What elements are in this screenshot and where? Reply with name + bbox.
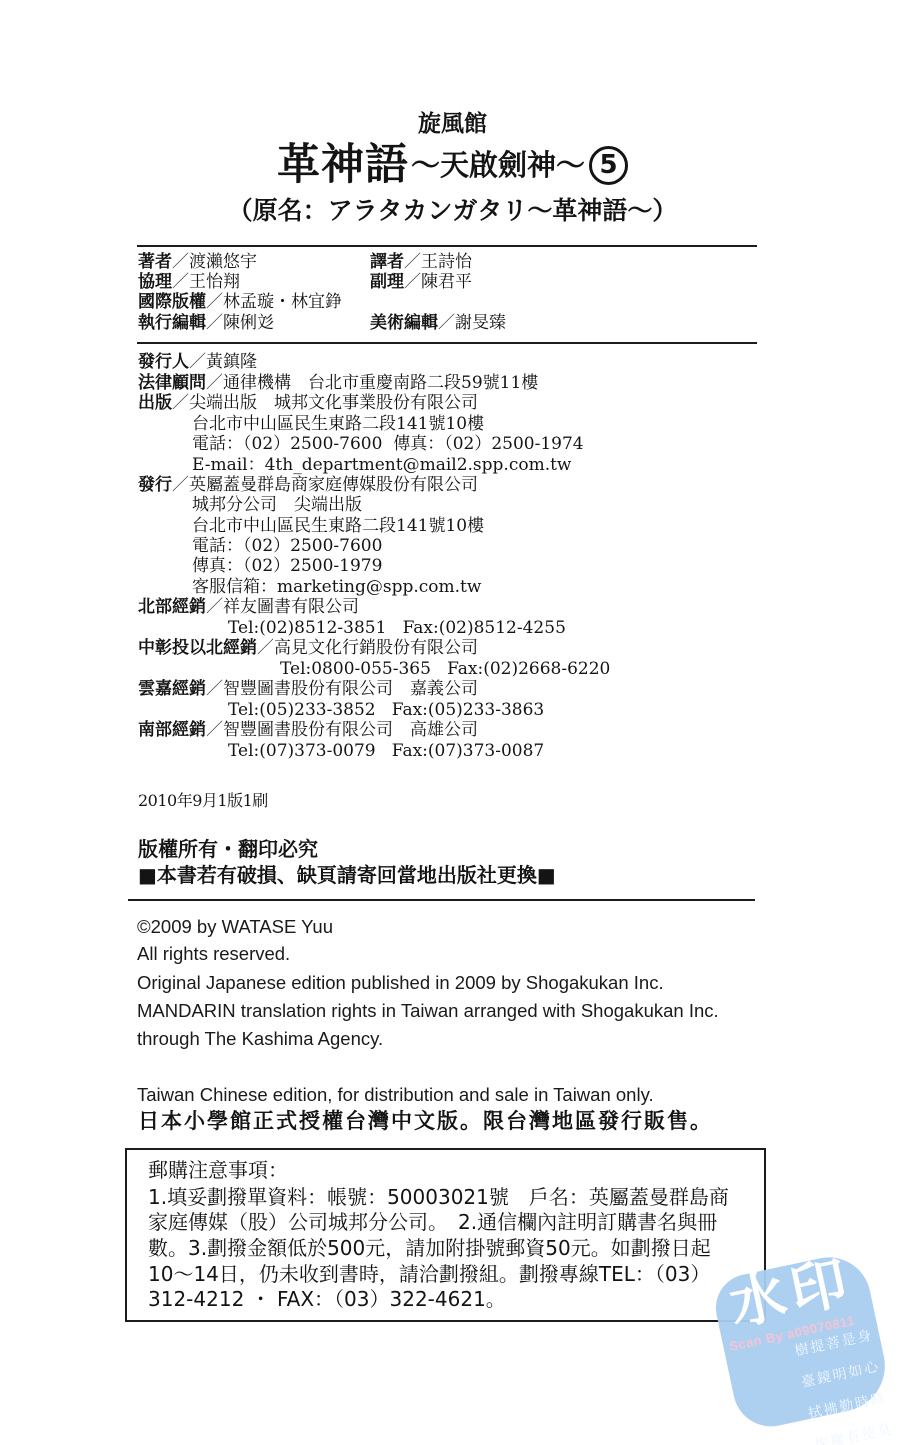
divider-middle [137,342,757,344]
mail-order-line: 家庭傳媒（股）公司城邦分公司。 2.通信欄內註明訂購書名與冊 [148,1210,717,1234]
divider-top [137,245,757,247]
copyright-line: ©2009 by WATASE Yuu [137,915,333,939]
colophon-page: 旋風館 革神語 ～天啟劍神～ 5 （原名：アラタカンガタリ～革神語～） 著者／渡… [0,0,905,1445]
distribution-address: 台北市中山區民生東路二段141號10樓 [192,516,484,537]
poem-column: 莫使有塵埃 [811,1421,892,1445]
credit-executive-editor: 執行編輯／陳俐彣 [138,313,274,334]
distribution-row: 發行／英屬蓋曼群島商家庭傳媒股份有限公司 [138,475,478,496]
original-title: （原名：アラタカンガタリ～革神語～） [0,196,905,226]
scan-watermark: 水印 Scan By a09070811 身是菩提樹 心如明鏡臺 時時勤拂拭 莫… [710,1250,894,1434]
title-subtitle: ～天啟劍神～ [411,140,585,190]
rights-reserved-line: All rights reserved. [137,942,290,966]
watermark-poem: 身是菩提樹 心如明鏡臺 時時勤拂拭 莫使有塵埃 [791,1328,885,1421]
southern-distributor-contact: Tel:(07)373-0079 Fax:(07)373-0087 [228,741,544,762]
volume-number-badge: 5 [589,146,628,185]
poem-column: 心如明鏡臺 [798,1359,879,1389]
southern-distributor-row: 南部經銷／智豐圖書股份有限公司 高雄公司 [138,720,478,741]
credit-deputy-manager: 副理／陳君平 [370,272,472,293]
publication-phone-fax: 電話：（02）2500-7600 傳真：（02）2500-1974 [192,434,584,455]
central-distributor-contact: Tel:0800-055-365 Fax:(02)2668-6220 [280,659,610,680]
northern-distributor-contact: Tel:(02)8512-3851 Fax:(02)8512-4255 [228,618,566,639]
credit-assistant-manager: 協理／王怡翔 [138,272,240,293]
book-title: 革神語 ～天啟劍神～ 5 [0,140,905,190]
divider-bottom [128,899,755,901]
central-distributor-row: 中彰投以北經銷／高見文化行銷股份有限公司 [138,638,478,659]
publisher-row: 發行人／黃鎮隆 [138,352,257,373]
publication-address: 台北市中山區民生東路二段141號10樓 [192,414,484,435]
taiwan-edition-en: Taiwan Chinese edition, for distribution… [137,1083,654,1107]
original-edition-line: Original Japanese edition published in 2… [137,971,664,995]
publication-email: E-mail：4th_department@mail2.spp.com.tw [192,455,571,476]
mail-order-title: 郵購注意事項： [148,1158,288,1182]
agency-line: through The Kashima Agency. [137,1027,383,1051]
credit-author: 著者／渡瀨悠宇 [138,252,257,273]
yunjia-distributor-row: 雲嘉經銷／智豐圖書股份有限公司 嘉義公司 [138,679,478,700]
northern-distributor-row: 北部經銷／祥友圖書有限公司 [138,597,359,618]
distribution-branch: 城邦分公司 尖端出版 [192,495,362,516]
distribution-fax: 傳真：（02）2500-1979 [192,556,382,577]
mail-order-line: 10～14日，仍未收到書時，請洽劃撥組。劃撥專線TEL：（03） [148,1262,710,1286]
taiwan-edition-zh: 日本小學館正式授權台灣中文版。限台灣地區發行販售。 [138,1108,713,1134]
legal-counsel-row: 法律顧問／通律機構 台北市重慶南路二段59號11樓 [138,373,538,394]
distribution-phone: 電話：（02）2500-7600 [192,536,382,557]
title-main: 革神語 [277,140,409,190]
poem-column: 時時勤拂拭 [805,1390,886,1420]
credit-art-editor: 美術編輯／謝旻臻 [370,313,506,334]
distribution-service-email: 客服信箱：marketing@spp.com.tw [192,577,481,598]
credit-international-rights: 國際版權／林孟璇・林宜錚 [138,292,342,313]
mail-order-line: 1.填妥劃撥單資料：帳號：50003021號 戶名：英屬蓋曼群島商 [148,1185,729,1209]
mail-order-line: 數。3.劃撥金額低於500元，請加附掛號郵資50元。如劃撥日起 [148,1236,711,1260]
replacement-notice: ■本書若有破損、缺頁請寄回當地出版社更換■ [138,864,556,887]
yunjia-distributor-contact: Tel:(05)233-3852 Fax:(05)233-3863 [228,700,544,721]
rights-notice: 版權所有・翻印必究 [138,838,318,861]
imprint-name: 旋風館 [0,110,905,138]
mail-order-line: 312-4212 ・ FAX：（03）322-4621。 [148,1287,506,1311]
translation-rights-line: MANDARIN translation rights in Taiwan ar… [137,999,719,1023]
edition-date: 2010年9月1版1刷 [138,791,268,811]
credit-translator: 譯者／王詩怡 [370,252,472,273]
publication-row: 出版／尖端出版 城邦文化事業股份有限公司 [138,393,478,414]
